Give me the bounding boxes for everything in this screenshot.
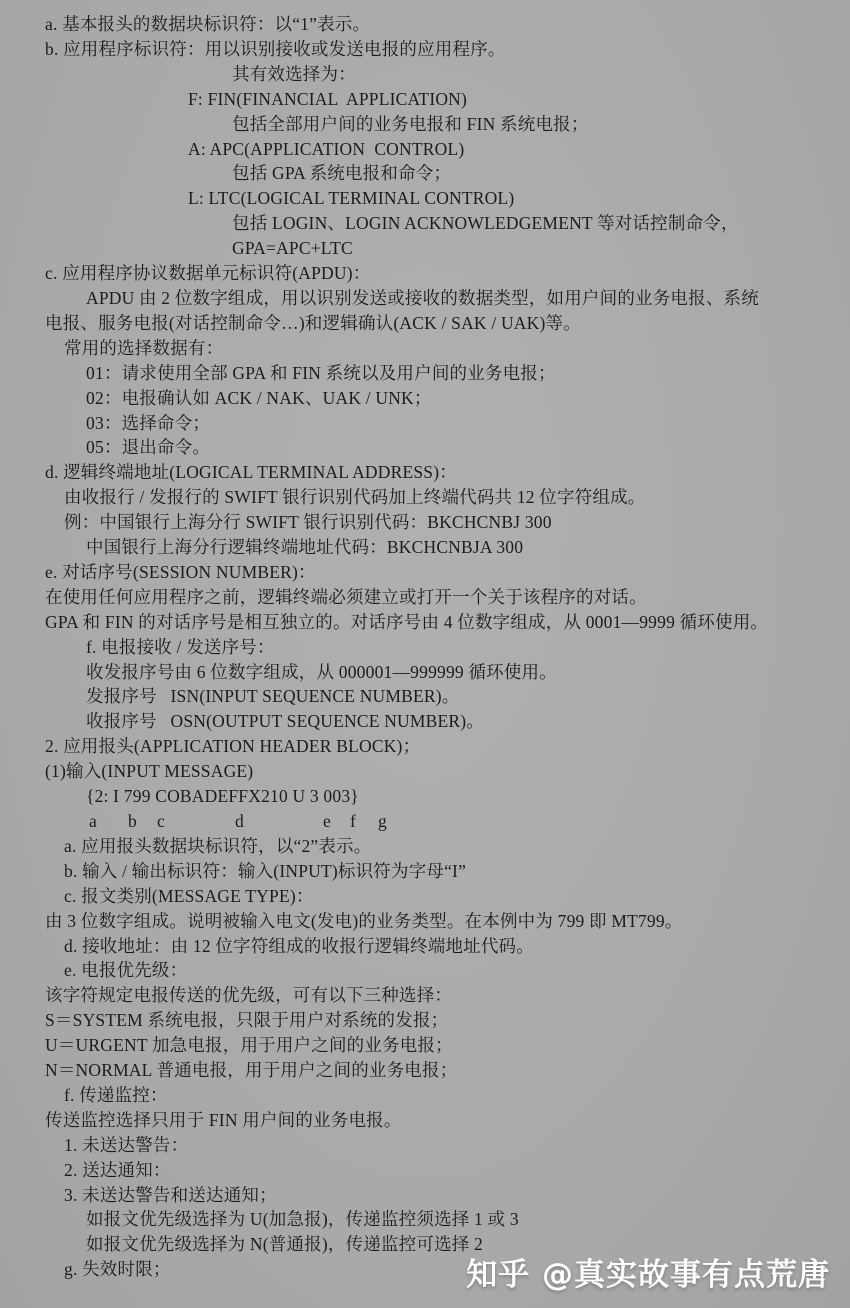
field-marker-d: d <box>235 809 244 834</box>
text-line: A: APC(APPLICATION CONTROL) <box>0 137 850 162</box>
text-line: e. 电报优先级： <box>0 958 850 983</box>
text-line: 该字符规定电报传送的优先级，可有以下三种选择： <box>0 983 850 1008</box>
text-line: 传送监控选择只用于 FIN 用户间的业务电报。 <box>0 1108 850 1133</box>
text-line: 2. 应用报头(APPLICATION HEADER BLOCK)； <box>0 734 850 759</box>
text-line: 中国银行上海分行逻辑终端地址代码：BKCHCNBJA 300 <box>0 535 850 560</box>
text-line: {2: I 799 COBADEFFX210 U 3 003} <box>0 784 850 809</box>
text-line: 包括 LOGIN、LOGIN ACKNOWLEDGEMENT 等对话控制命令， <box>0 211 850 236</box>
text-line: c. 报文类别(MESSAGE TYPE)： <box>0 884 850 909</box>
text-line: 03：选择命令； <box>0 411 850 436</box>
text-line: 05：退出命令。 <box>0 435 850 460</box>
field-marker-f: f <box>350 809 356 834</box>
text-line: f. 传递监控： <box>0 1083 850 1108</box>
text-line: c. 应用程序协议数据单元标识符(APDU)： <box>0 261 850 286</box>
field-marker-c: c <box>157 809 165 834</box>
text-line: APDU 由 2 位数字组成，用以识别发送或接收的数据类型，如用户间的业务电报、… <box>0 286 850 311</box>
text-line: 收报序号 OSN(OUTPUT SEQUENCE NUMBER)。 <box>0 709 850 734</box>
text-line: F: FIN(FINANCIAL APPLICATION) <box>0 87 850 112</box>
text-line: 包括全部用户间的业务电报和 FIN 系统电报； <box>0 112 850 137</box>
text-line: a. 基本报头的数据块标识符：以“1”表示。 <box>0 12 850 37</box>
text-line: f. 电报接收 / 发送序号： <box>0 635 850 660</box>
text-line: L: LTC(LOGICAL TERMINAL CONTROL) <box>0 186 850 211</box>
text-line: 如报文优先级选择为 U(加急报)，传递监控须选择 1 或 3 <box>0 1207 850 1232</box>
text-line: 常用的选择数据有： <box>0 336 850 361</box>
text-line: e. 对话序号(SESSION NUMBER)： <box>0 560 850 585</box>
text-line: N＝NORMAL 普通电报，用于用户之间的业务电报； <box>0 1058 850 1083</box>
field-marker-g: g <box>378 809 387 834</box>
text-line: GPA 和 FIN 的对话序号是相互独立的。对话序号由 4 位数字组成，从 00… <box>0 610 850 635</box>
text-line: 由收报行 / 发报行的 SWIFT 银行识别代码加上终端代码共 12 位字符组成… <box>0 485 850 510</box>
text-line: b. 应用程序标识符：用以识别接收或发送电报的应用程序。 <box>0 37 850 62</box>
text-line: S＝SYSTEM 系统电报，只限于用户对系统的发报； <box>0 1008 850 1033</box>
text-line: b. 输入 / 输出标识符：输入(INPUT)标识符为字母“I” <box>0 859 850 884</box>
field-marker-b: b <box>128 809 137 834</box>
text-line: 3. 未送达警告和送达通知； <box>0 1183 850 1208</box>
field-marker-a: a <box>89 809 97 834</box>
text-line: 2. 送达通知： <box>0 1158 850 1183</box>
text-line: 1. 未送达警告： <box>0 1133 850 1158</box>
text-line: 01：请求使用全部 GPA 和 FIN 系统以及用户间的业务电报； <box>0 361 850 386</box>
text-line: 02：电报确认如 ACK / NAK、UAK / UNK； <box>0 386 850 411</box>
zhihu-watermark: 知乎 @真实故事有点荒唐 <box>466 1249 830 1294</box>
text-line: (1)输入(INPUT MESSAGE) <box>0 759 850 784</box>
field-marker-row: abcdefg <box>0 809 850 834</box>
text-line: 发报序号 ISN(INPUT SEQUENCE NUMBER)。 <box>0 684 850 709</box>
text-line: 电报、服务电报(对话控制命令…)和逻辑确认(ACK / SAK / UAK)等。 <box>0 311 850 336</box>
scanned-document-page: a. 基本报头的数据块标识符：以“1”表示。b. 应用程序标识符：用以识别接收或… <box>0 0 850 1308</box>
text-line: 收发报序号由 6 位数字组成，从 000001—999999 循环使用。 <box>0 660 850 685</box>
text-line: 其有效选择为： <box>0 62 850 87</box>
text-line: U＝URGENT 加急电报，用于用户之间的业务电报； <box>0 1033 850 1058</box>
text-line: GPA=APC+LTC <box>0 236 850 261</box>
document-body: a. 基本报头的数据块标识符：以“1”表示。b. 应用程序标识符：用以识别接收或… <box>0 12 850 1282</box>
text-line: 包括 GPA 系统电报和命令； <box>0 161 850 186</box>
text-line: a. 应用报头数据块标识符，以“2”表示。 <box>0 834 850 859</box>
field-marker-e: e <box>323 809 331 834</box>
text-line: 由 3 位数字组成。说明被输入电文(发电)的业务类型。在本例中为 799 即 M… <box>0 909 850 934</box>
text-line: 在使用任何应用程序之前，逻辑终端必须建立或打开一个关于该程序的对话。 <box>0 585 850 610</box>
text-line: d. 接收地址：由 12 位字符组成的收报行逻辑终端地址代码。 <box>0 934 850 959</box>
text-line: d. 逻辑终端地址(LOGICAL TERMINAL ADDRESS)： <box>0 460 850 485</box>
text-line: 例：中国银行上海分行 SWIFT 银行识别代码：BKCHCNBJ 300 <box>0 510 850 535</box>
